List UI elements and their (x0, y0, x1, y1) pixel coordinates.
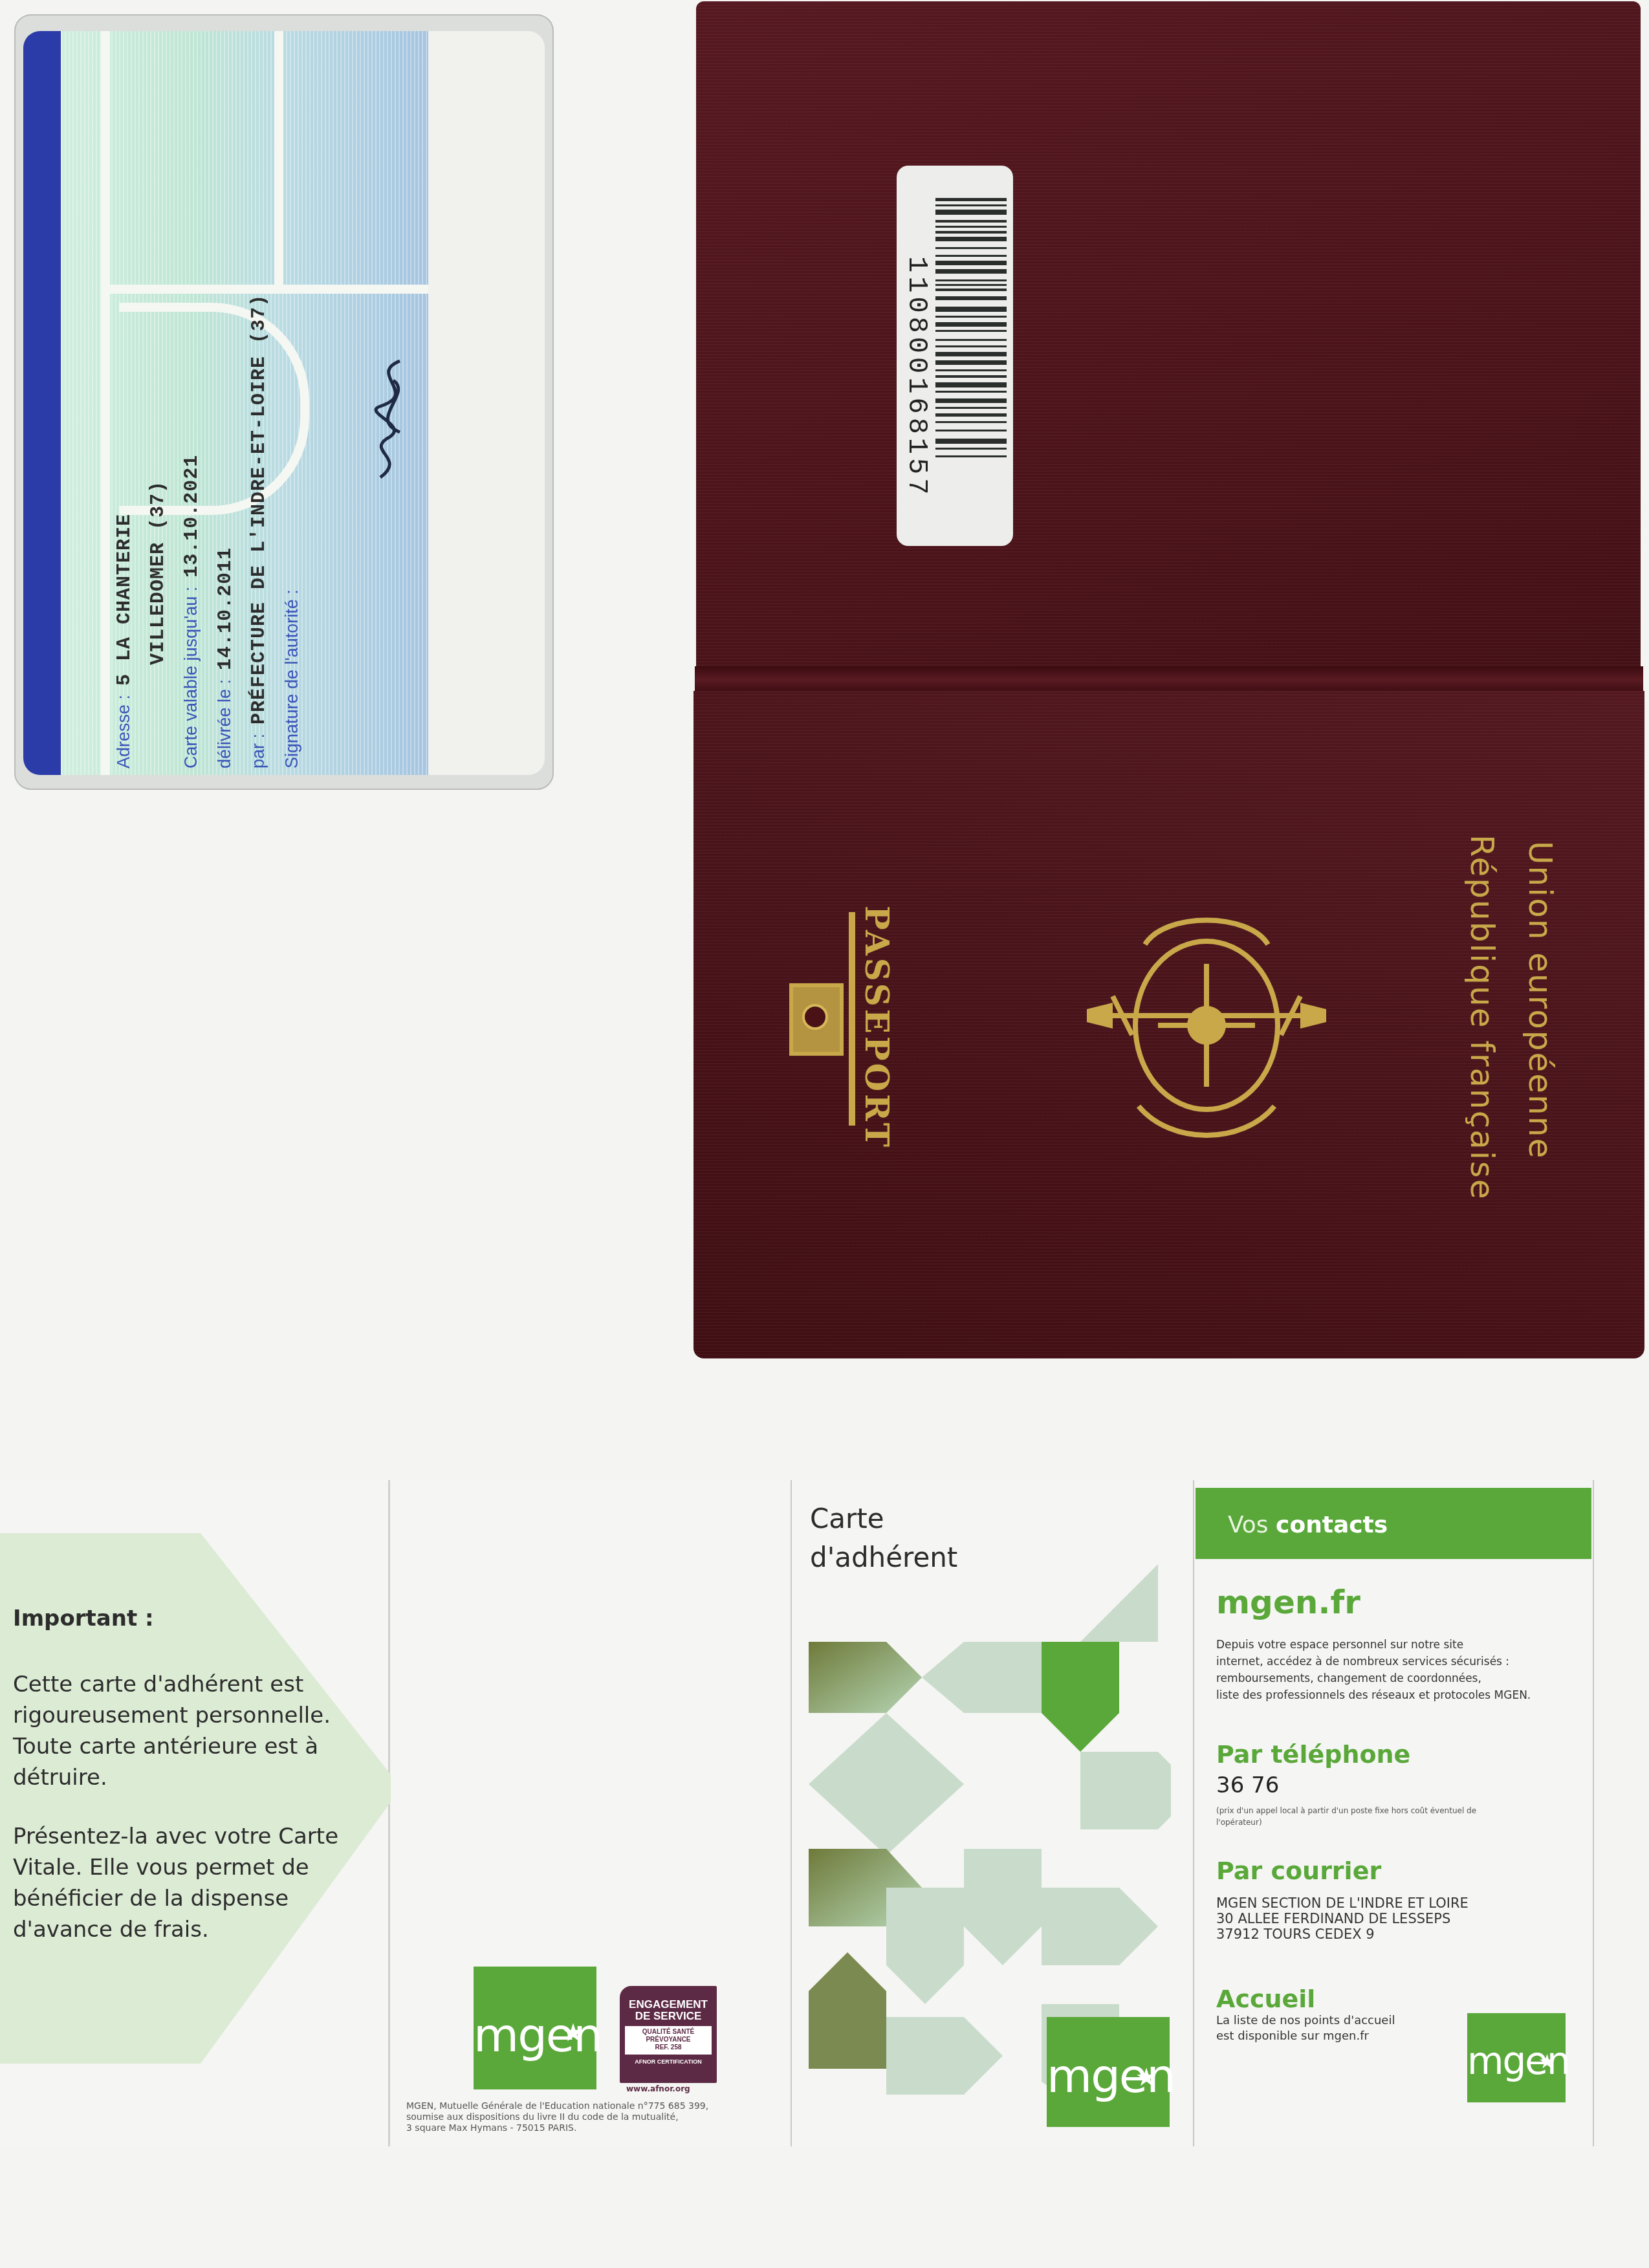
mgen-logo: mgen ★ (1467, 2013, 1566, 2102)
valid-until-date: 13.10.2021 (181, 455, 203, 578)
legal-line: soumise aux dispositions du livre II du … (406, 2112, 756, 2123)
address-label: Adresse : (114, 695, 134, 769)
issued-date: 14.10.2011 (215, 547, 237, 670)
address-line2: VILLEDOMER (37) (147, 481, 169, 665)
mgen-logo: mgen ★ (1047, 2017, 1170, 2127)
passport-barcode-sticker: 110800168157 (897, 166, 1013, 546)
important-heading: Important : (13, 1606, 154, 1631)
star-icon: ★ (562, 2018, 584, 2047)
afnor-quality-box: QUALITÉ SANTÉ PRÉVOYANCE REF. 258 (625, 2026, 712, 2055)
legal-line: 3 square Max Hymans - 75015 PARIS. (406, 2123, 756, 2134)
address-line: 37912 TOURS CEDEX 9 (1216, 1926, 1469, 1942)
address-line: 30 ALLEE FERDINAND DE LESSEPS (1216, 1911, 1469, 1926)
national-id-card-back: Adresse :5 LA CHANTERIE VILLEDOMER (37) … (23, 31, 545, 775)
website-description: Depuis votre espace personnel sur notre … (1216, 1637, 1531, 1704)
afnor-box3: REF. 258 (626, 2044, 710, 2052)
header-light: Vos (1228, 1512, 1269, 1538)
mail-address: MGEN SECTION DE L'INDRE ET LOIRE 30 ALLE… (1216, 1895, 1469, 1942)
welcome-text: La liste de nos points d'accueil (1216, 2013, 1395, 2029)
phone-number[interactable]: 36 76 (1216, 1772, 1279, 1798)
website-heading[interactable]: mgen.fr (1216, 1584, 1360, 1621)
signature-icon (355, 354, 426, 484)
afnor-line2: DE SERVICE (620, 2011, 717, 2022)
id-card-blank-area (428, 31, 545, 775)
phone-heading: Par téléphone (1216, 1740, 1410, 1769)
afnor-cert: AFNOR CERTIFICATION (620, 2058, 717, 2065)
passport-spine-fold (695, 666, 1643, 693)
welcome-heading: Accueil (1216, 1985, 1315, 2013)
welcome-description: La liste de nos points d'accueil est dis… (1216, 2013, 1395, 2044)
afnor-url: www.afnor.org (626, 2084, 690, 2093)
coat-of-arms-icon (1061, 886, 1352, 1164)
passport-barcode-number: 110800168157 (900, 256, 939, 515)
legal-line: MGEN, Mutuelle Générale de l'Education n… (406, 2101, 756, 2112)
address-line1: 5 LA CHANTERIE (114, 514, 136, 686)
issued-label: délivrée le : (215, 679, 235, 769)
rf-monogram-line (101, 31, 110, 775)
barcode-number-text: 110800168157 (901, 256, 932, 295)
phone-note-line: l'opérateur) (1216, 1816, 1476, 1828)
website-text: liste des professionnels des réseaux et … (1216, 1687, 1531, 1704)
afnor-certification-badge: ENGAGEMENT DE SERVICE QUALITÉ SANTÉ PRÉV… (620, 1986, 717, 2083)
card-title-line1: Carte (810, 1499, 957, 1538)
header-bold: contacts (1276, 1512, 1388, 1538)
by-label: par : (248, 734, 268, 769)
chip-circle (802, 1004, 828, 1030)
website-text: remboursements, changement de coordonnée… (1216, 1670, 1531, 1687)
phone-note: (prix d'un appel local à partir d'un pos… (1216, 1805, 1476, 1828)
afnor-line1: ENGAGEMENT (620, 1999, 717, 2011)
valid-until-label: Carte valable jusqu'au : (181, 587, 201, 769)
biometric-chip-icon (789, 983, 844, 1056)
passport-republic-text: République française (1463, 834, 1501, 1201)
id-card-text-block: Adresse :5 LA CHANTERIE VILLEDOMER (37) … (114, 186, 316, 769)
passport-title: PASSEPORT (858, 906, 896, 1150)
id-card-blue-stripe (23, 31, 61, 775)
signature-label: Signature de l'autorité : (282, 589, 302, 769)
afnor-box1: QUALITÉ SANTÉ (626, 2029, 710, 2036)
important-paragraph-2: Présentez-la avec votre Carte Vitale. El… (13, 1821, 375, 1945)
contacts-header: Vos contacts (1228, 1512, 1388, 1538)
important-paragraph-1: Cette carte d'adhérent est rigoureusemen… (13, 1669, 375, 1793)
afnor-box2: PRÉVOYANCE (626, 2036, 710, 2044)
mgen-logo: mgen ★ (474, 1967, 596, 2089)
barcode-icon (935, 198, 1007, 483)
welcome-text: est disponible sur mgen.fr (1216, 2029, 1395, 2044)
website-text: internet, accédez à de nombreux services… (1216, 1653, 1531, 1670)
passport-union-text: Union européenne (1522, 841, 1559, 1159)
phone-note-line: (prix d'un appel local à partir d'un pos… (1216, 1805, 1476, 1816)
website-text: Depuis votre espace personnel sur notre … (1216, 1637, 1531, 1653)
passport-back-cover (696, 1, 1641, 669)
mgen-legal-notice: MGEN, Mutuelle Générale de l'Education n… (406, 2101, 756, 2134)
passport-title-bar (849, 912, 855, 1126)
issuing-authority: PRÉFECTURE DE L'INDRE-ET-LOIRE (37) (248, 294, 270, 725)
address-line: MGEN SECTION DE L'INDRE ET LOIRE (1216, 1895, 1469, 1911)
mail-heading: Par courrier (1216, 1857, 1381, 1885)
star-icon: ★ (1538, 2051, 1556, 2073)
star-icon: ★ (1135, 2063, 1157, 2091)
